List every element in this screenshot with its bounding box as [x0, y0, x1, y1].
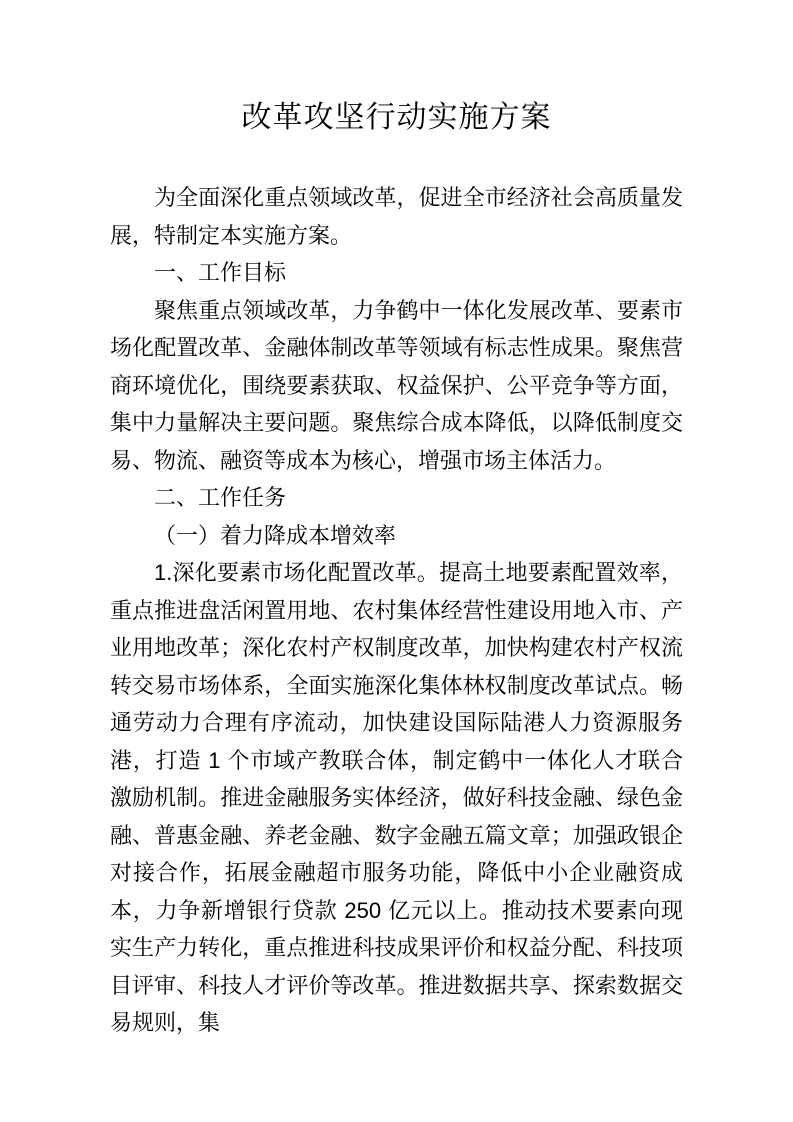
- document-body: 为全面深化重点领域改革，促进全市经济社会高质量发展，特制定本实施方案。一、工作目…: [110, 179, 683, 1042]
- document-title: 改革攻坚行动实施方案: [110, 96, 683, 140]
- paragraph: 聚焦重点领域改革，力争鹤中一体化发展改革、要素市场化配置改革、金融体制改革等领域…: [110, 292, 683, 480]
- section-heading1: 一、工作目标: [110, 254, 683, 292]
- section-heading1: 二、工作任务: [110, 479, 683, 517]
- section-heading2: （一）着力降成本增效率: [110, 517, 683, 555]
- document-page: 改革攻坚行动实施方案 为全面深化重点领域改革，促进全市经济社会高质量发展，特制定…: [0, 0, 793, 1122]
- paragraph: 为全面深化重点领域改革，促进全市经济社会高质量发展，特制定本实施方案。: [110, 179, 683, 254]
- paragraph: 1.深化要素市场化配置改革。提高土地要素配置效率，重点推进盘活闲置用地、农村集体…: [110, 554, 683, 1042]
